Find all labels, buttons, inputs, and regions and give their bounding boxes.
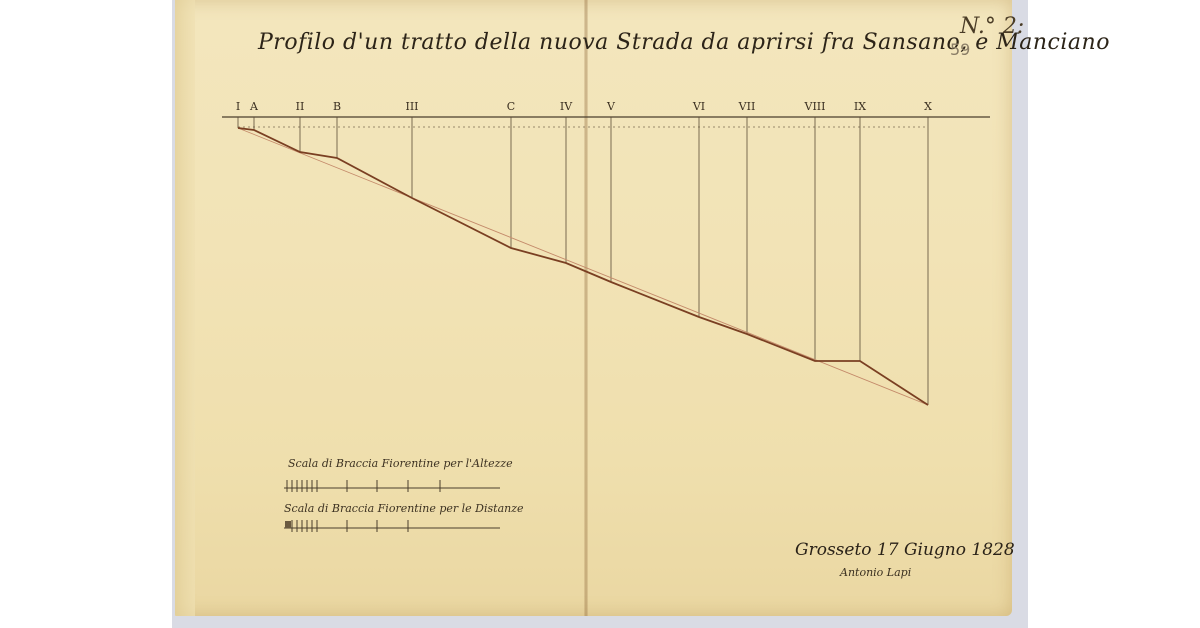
station-label: B [333,100,341,113]
height-scale-title: Scala di Braccia Fiorentine per l'Altezz… [288,457,513,470]
distance-scale-title: Scala di Braccia Fiorentine per le Dista… [284,502,524,515]
station-label: IV [560,100,573,113]
station-label: C [507,100,515,113]
station-label: I [236,100,240,113]
station-labels: IAIIBIIICIVVVIVIIVIIIIXX [236,100,932,113]
station-label: IX [854,100,866,113]
station-label: VII [738,100,756,113]
proposed-grade-line [238,128,928,405]
signature-place-date: Grosseto 17 Giugno 1828 [795,540,1015,560]
road-profile-drawing: IAIIBIIICIVVVIVIIVIIIIXX [0,0,1200,628]
station-label: V [606,100,616,113]
station-label: X [924,100,932,113]
station-label: II [296,100,305,113]
signature-name: Antonio Lapi [840,566,911,579]
station-label: VIII [804,100,826,113]
distance-scale-bar [284,520,500,532]
height-scale-bar [284,480,500,492]
station-label: VI [692,100,705,113]
station-label: A [249,100,259,113]
station-label: III [405,100,418,113]
